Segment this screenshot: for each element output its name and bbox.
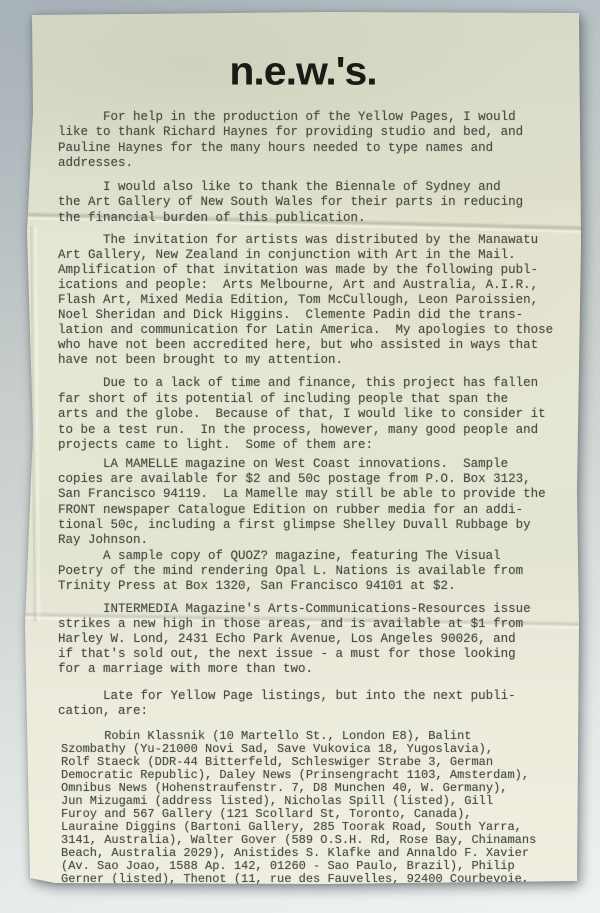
paragraph-test-run: Due to a lack of time and finance, this … — [58, 376, 546, 454]
paragraph-invitation: The invitation for artists was distribut… — [58, 233, 553, 368]
paragraph-thanks-haynes: For help in the production of the Yellow… — [58, 110, 523, 172]
paragraph-late-listings-intro: Late for Yellow Page listings, but into … — [58, 689, 516, 718]
document-title: n.e.w.'s. — [25, 49, 581, 95]
paragraph-intermedia: INTERMEDIA Magazine's Arts-Communication… — [58, 602, 531, 677]
paragraph-la-mamelle: LA MAMELLE magazine on West Coast innova… — [58, 457, 546, 548]
paragraph-thanks-biennale: I would also like to thank the Biennale … — [58, 180, 523, 226]
photo-background: n.e.w.'s. For help in the production of … — [0, 0, 600, 913]
paper-document: n.e.w.'s. For help in the production of … — [25, 12, 581, 884]
paper-speck — [25, 68, 30, 75]
paper-wrapper: n.e.w.'s. For help in the production of … — [25, 12, 581, 884]
paragraph-late-listings: Robin Klassnik (10 Martello St., London … — [61, 730, 536, 886]
fold-crease-vertical — [30, 226, 41, 622]
paragraph-quoz: A sample copy of QUOZ? magazine, featuri… — [58, 549, 523, 594]
